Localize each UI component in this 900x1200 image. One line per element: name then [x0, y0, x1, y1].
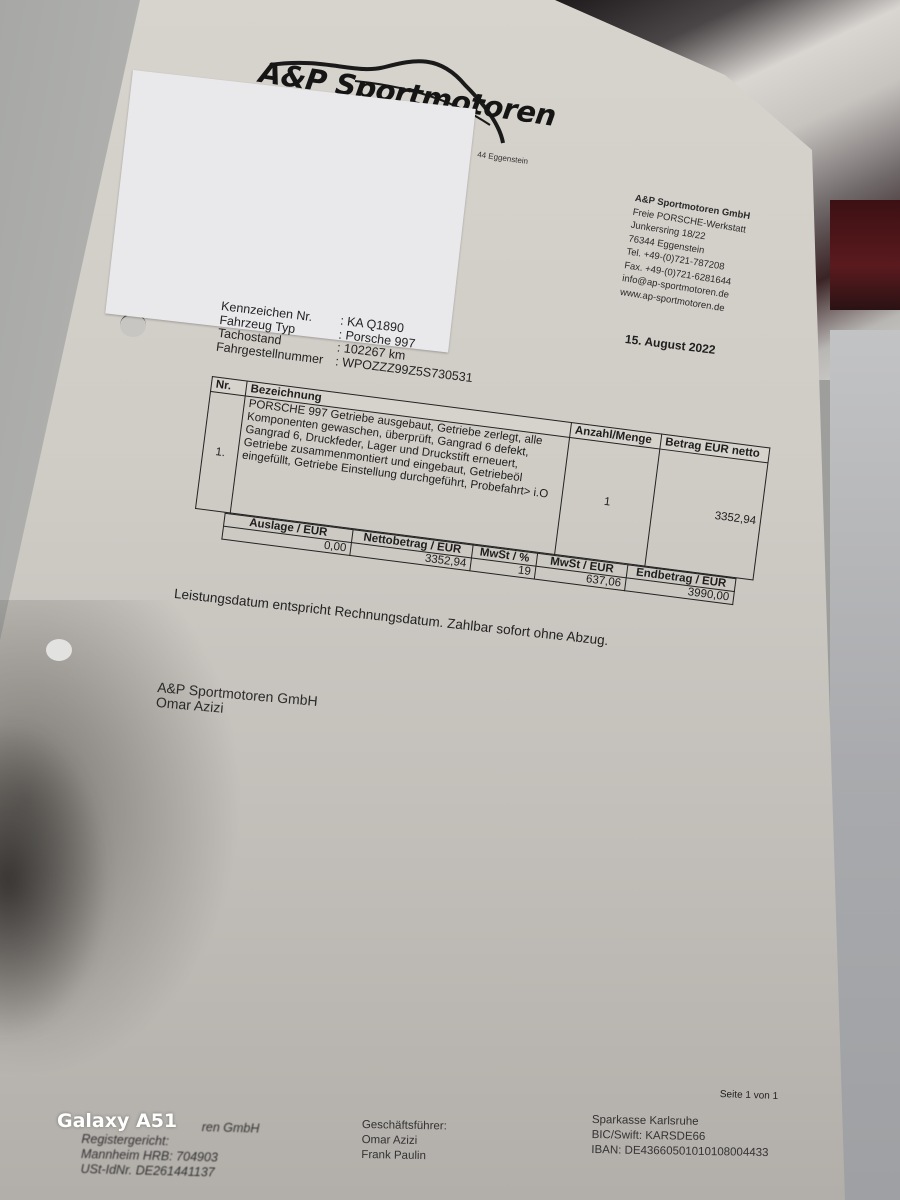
- footer-manager: Omar Azizi: [361, 1133, 446, 1149]
- footer-bank: Sparkasse Karlsruhe BIC/Swift: KARSDE66 …: [591, 1113, 769, 1161]
- invoice-document: A&P Sportmotoren 44 Eggenstein A&P Sport…: [0, 0, 900, 1200]
- invoice-table: Nr. Bezeichnung Anzahl/Menge Betrag EUR …: [192, 376, 778, 608]
- invoice-date: 15. August 2022: [624, 332, 716, 357]
- sender-line: 44 Eggenstein: [477, 150, 529, 166]
- signature-block: A&P Sportmotoren GmbH Omar Azizi: [155, 680, 318, 724]
- payment-note: Leistungsdatum entspricht Rechnungsdatum…: [173, 586, 609, 648]
- finger-shadow: [0, 720, 110, 1040]
- footer-iban: IBAN: DE43660501010108004433: [591, 1143, 768, 1161]
- footer-management: Geschäftsführer: Omar Azizi Frank Paulin: [361, 1118, 447, 1164]
- company-address-block: A&P Sportmotoren GmbH Freie PORSCHE-Werk…: [619, 192, 751, 317]
- footer-manager: Frank Paulin: [361, 1148, 446, 1164]
- camera-watermark: Galaxy A51: [57, 1110, 177, 1132]
- page-number: Seite 1 von 1: [720, 1089, 779, 1102]
- item-quantity: 1: [555, 437, 660, 566]
- item-amount: 3352,94: [645, 449, 768, 580]
- footer-management-label: Geschäftsführer:: [362, 1118, 447, 1134]
